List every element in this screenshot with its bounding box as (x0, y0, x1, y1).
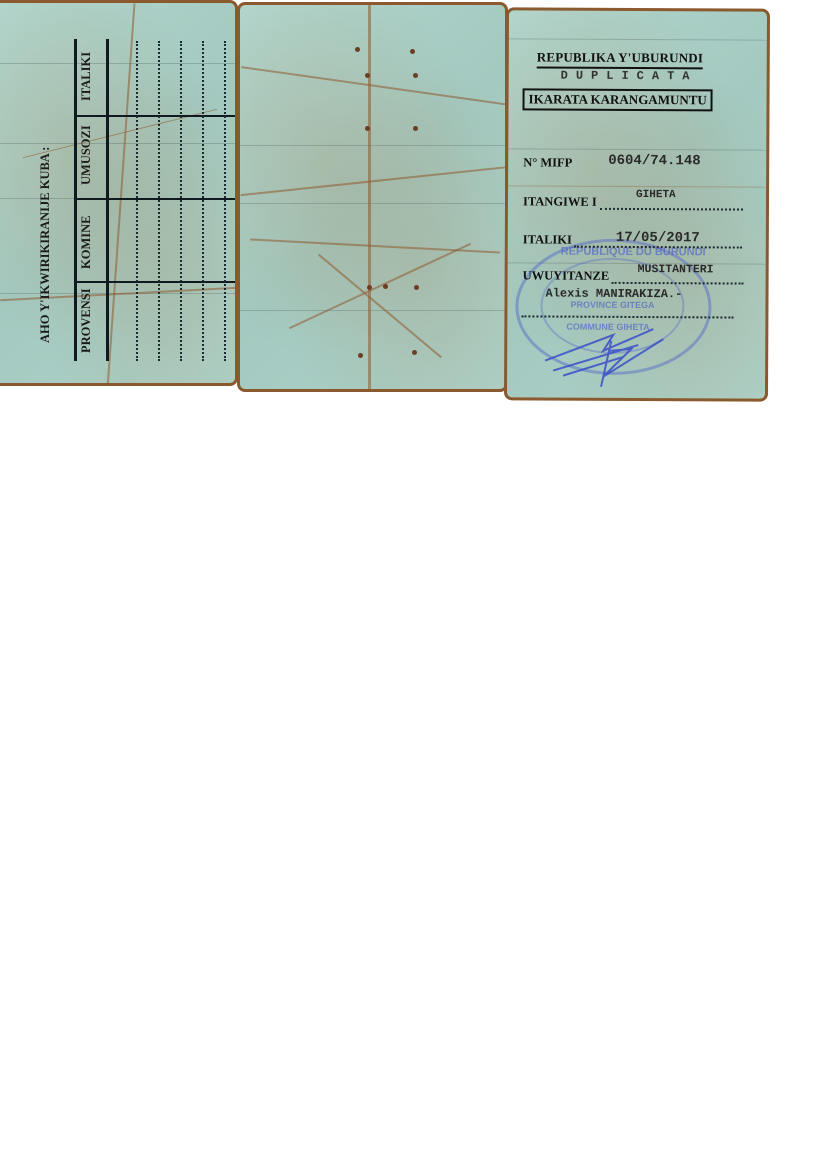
itangiwe-label: ITANGIWE I (523, 194, 597, 209)
table-title: AHO Y'IKWIRIKIRANIJE KUBA : (38, 147, 53, 343)
card-panel-middle (237, 2, 508, 392)
card-title: IKARATA KARANGAMUNTU (522, 88, 712, 111)
print-line (240, 310, 505, 311)
staple-hole (383, 284, 388, 289)
staple-hole (365, 126, 370, 131)
crease (241, 166, 508, 196)
staple-hole (414, 285, 419, 290)
stamp-province-text: PROVINCE GITEGA (570, 300, 654, 310)
table-row (136, 41, 138, 361)
staple-hole (358, 353, 363, 358)
table-row (158, 41, 160, 361)
staple-hole (410, 49, 415, 54)
column-header-komine: KOMINE (79, 216, 94, 269)
staple-hole (412, 350, 417, 355)
table-border (74, 39, 77, 361)
print-line (240, 203, 505, 204)
staple-hole (367, 285, 372, 290)
residence-history-table: AHO Y'IKWIRIKIRANIJE KUBA : PROVENSI KOM… (38, 33, 208, 363)
crease (508, 185, 770, 187)
card-panel-right: REPUBLIKA Y'UBURUNDI DUPLICATA IKARATA K… (504, 7, 770, 401)
table-row (202, 41, 204, 361)
duplicate-mark: DUPLICATA (561, 69, 698, 84)
staple-hole (365, 73, 370, 78)
table-border (106, 39, 109, 361)
mifp-label: N° MIFP (523, 155, 572, 170)
country-heading: REPUBLIKA Y'UBURUNDI (537, 49, 704, 69)
mifp-value: 0604/74.148 (608, 153, 701, 169)
uwuyitanze-label: UWUYITANZE (523, 268, 610, 283)
itangiwe-dotted-line (600, 208, 743, 211)
crease (289, 243, 471, 329)
column-header-umusozi: UMUSOZI (79, 125, 94, 185)
column-divider (74, 198, 236, 200)
staple-hole (413, 126, 418, 131)
card-panel-left: AHO Y'IKWIRIKIRANIJE KUBA : PROVENSI KOM… (0, 0, 238, 386)
uwuyitanze-value: MUSITANTERI (638, 263, 714, 276)
column-divider (74, 115, 236, 117)
staple-hole (413, 73, 418, 78)
crease (241, 66, 508, 106)
crease (368, 5, 371, 392)
print-line (508, 148, 766, 150)
print-line (240, 145, 505, 146)
table-row (180, 41, 182, 361)
italiki-label: ITALIKI (523, 232, 572, 247)
staple-hole (355, 47, 360, 52)
print-line (509, 38, 767, 40)
itangiwe-value: GIHETA (636, 189, 676, 201)
signature-icon (543, 321, 673, 392)
signer-name: Alexis MANIRAKIZA.- (545, 287, 682, 302)
column-header-provensi: PROVENSI (79, 288, 94, 353)
table-row (224, 41, 226, 361)
column-divider (74, 281, 236, 283)
italiki-value: 17/05/2017 (616, 230, 700, 246)
column-header-italiki: ITALIKI (79, 52, 94, 101)
